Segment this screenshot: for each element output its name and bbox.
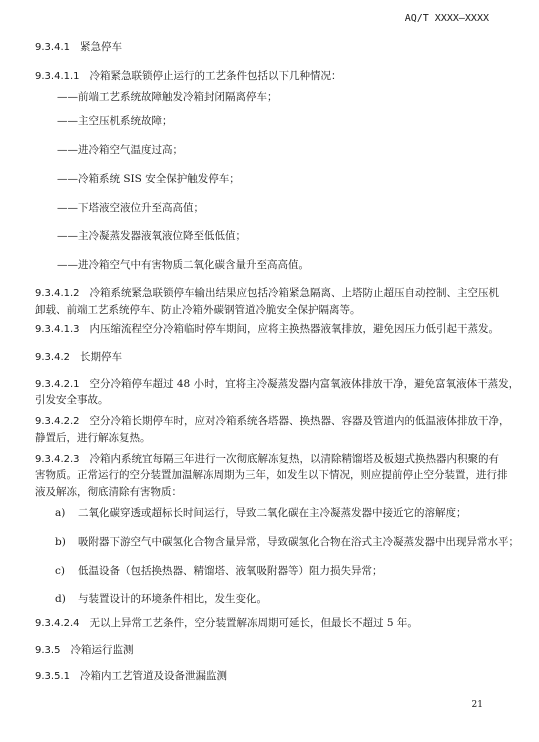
list-label: a): [55, 507, 78, 519]
section-number: 9.3.4.1.3: [35, 324, 80, 335]
para-text: 无以上异常工艺条件，空分装置解冻周期可延长，但最长不超过 5 年。: [90, 617, 418, 629]
section-number: 9.3.4.2.2: [35, 416, 80, 427]
section-number: 9.3.4.2.1: [35, 379, 80, 390]
section-number: 9.3.4.2.3: [35, 454, 80, 465]
list-text: 与装置设计的环境条件相比，发生变化。: [78, 593, 267, 605]
list-item: ——进冷箱空气中有害物质二氧化碳含量升至高高值。: [57, 257, 309, 272]
list-text: 吸附器下游空气中碳氢化合物含量异常，导致碳氢化合物在浴式主冷凝蒸发器中出现异常水…: [78, 536, 519, 548]
list-item: ——进冷箱空气温度过高；: [57, 142, 183, 157]
para-text: 冷箱紧急联锁停止运行的工艺条件包括以下几种情况：: [90, 70, 342, 82]
list-label: c): [55, 565, 78, 577]
section-number: 9.3.4.1: [35, 42, 70, 53]
section-title: 冷箱内工艺管道及设备泄漏监测: [80, 670, 227, 682]
heading-9341: 9.3.4.1紧急停车: [35, 39, 122, 54]
para-93412-line1: 9.3.4.1.2冷箱系统紧急联锁停车输出结果应包括冷箱紧急隔离、上塔防止超压自…: [35, 285, 499, 300]
list-text: 低温设备（包括换热器、精馏塔、液氧吸附器等）阻力损失异常；: [78, 565, 383, 577]
heading-9351: 9.3.5.1冷箱内工艺管道及设备泄漏监测: [35, 668, 227, 683]
para-93422-line1: 9.3.4.2.2空分冷箱长期停车时，应对冷箱系统各塔器、换热器、容器及管道内的…: [35, 413, 510, 428]
heading-935: 9.3.5冷箱运行监测: [35, 642, 133, 657]
para-93423-line3: 液及解冻，彻底清除有害物质：: [35, 484, 182, 499]
para-93423-line2: 害物质。正常运行的空分装置加温解冻周期为三年，如发生以下情况，则应提前停止空分装…: [35, 467, 508, 482]
list-item: ——前端工艺系统故障触发冷箱封闭隔离停车；: [57, 89, 278, 104]
section-number: 9.3.5.1: [35, 671, 70, 682]
section-number: 9.3.4.2.4: [35, 618, 80, 629]
para-93423-line1: 9.3.4.2.3冷箱内系统宜每隔三年进行一次彻底解冻复热，以清除精馏塔及板翅式…: [35, 451, 499, 466]
list-label: d): [55, 593, 78, 605]
section-title: 冷箱运行监测: [70, 644, 133, 656]
para-93421-line2: 引发安全事故。: [35, 392, 109, 407]
para-text: 内压缩流程空分冷箱临时停车期间，应将主换热器液氧排放，避免因压力低引起干蒸发。: [90, 323, 500, 335]
para-93422-line2: 静置后，进行解冻复热。: [35, 430, 151, 445]
list-item-d: d)与装置设计的环境条件相比，发生变化。: [55, 591, 267, 606]
document-code: AQ/T XXXX—XXXX: [405, 13, 489, 24]
section-number: 9.3.4.1.2: [35, 288, 80, 299]
page-number: 21: [472, 700, 483, 710]
list-label: b): [55, 536, 78, 548]
list-item: ——主空压机系统故障；: [57, 113, 173, 128]
para-93413: 9.3.4.1.3内压缩流程空分冷箱临时停车期间，应将主换热器液氧排放，避免因压…: [35, 321, 499, 336]
para-text: 空分冷箱长期停车时，应对冷箱系统各塔器、换热器、容器及管道内的低温液体排放干净，: [90, 415, 510, 427]
para-93412-line2: 卸载、前端工艺系统停车、防止冷箱外碳钢管道冷脆安全保护隔离等。: [35, 302, 361, 317]
heading-9342: 9.3.4.2长期停车: [35, 349, 122, 364]
list-text: 二氧化碳穿透或超标长时间运行，导致二氧化碳在主冷凝蒸发器中接近它的溶解度；: [78, 507, 467, 519]
section-number: 9.3.4.2: [35, 352, 70, 363]
para-93424: 9.3.4.2.4无以上异常工艺条件，空分装置解冻周期可延长，但最长不超过 5 …: [35, 615, 418, 630]
para-text: 冷箱系统紧急联锁停车输出结果应包括冷箱紧急隔离、上塔防止超压自动控制、主空压机: [90, 287, 500, 299]
section-title: 紧急停车: [80, 41, 122, 53]
list-item: ——冷箱系统 SIS 安全保护触发停车；: [57, 171, 240, 186]
section-number: 9.3.5: [35, 645, 60, 656]
para-93421-line1: 9.3.4.2.1空分冷箱停车超过 48 小时，宜将主冷凝蒸发器内富氧液体排放干…: [35, 376, 519, 391]
list-item-b: b)吸附器下游空气中碳氢化合物含量异常，导致碳氢化合物在浴式主冷凝蒸发器中出现异…: [55, 534, 519, 549]
list-item: ——主冷凝蒸发器液氧液位降至低低值；: [57, 228, 246, 243]
para-text: 空分冷箱停车超过 48 小时，宜将主冷凝蒸发器内富氧液体排放干净，避免富氧液体干…: [90, 378, 520, 390]
para-93411: 9.3.4.1.1冷箱紧急联锁停止运行的工艺条件包括以下几种情况：: [35, 68, 342, 83]
section-title: 长期停车: [80, 351, 122, 363]
list-item-a: a)二氧化碳穿透或超标长时间运行，导致二氧化碳在主冷凝蒸发器中接近它的溶解度；: [55, 505, 467, 520]
list-item: ——下塔液空液位升至高高值；: [57, 200, 204, 215]
list-item-c: c)低温设备（包括换热器、精馏塔、液氧吸附器等）阻力损失异常；: [55, 563, 383, 578]
section-number: 9.3.4.1.1: [35, 71, 80, 82]
para-text: 冷箱内系统宜每隔三年进行一次彻底解冻复热，以清除精馏塔及板翅式换热器内积聚的有: [90, 453, 500, 465]
